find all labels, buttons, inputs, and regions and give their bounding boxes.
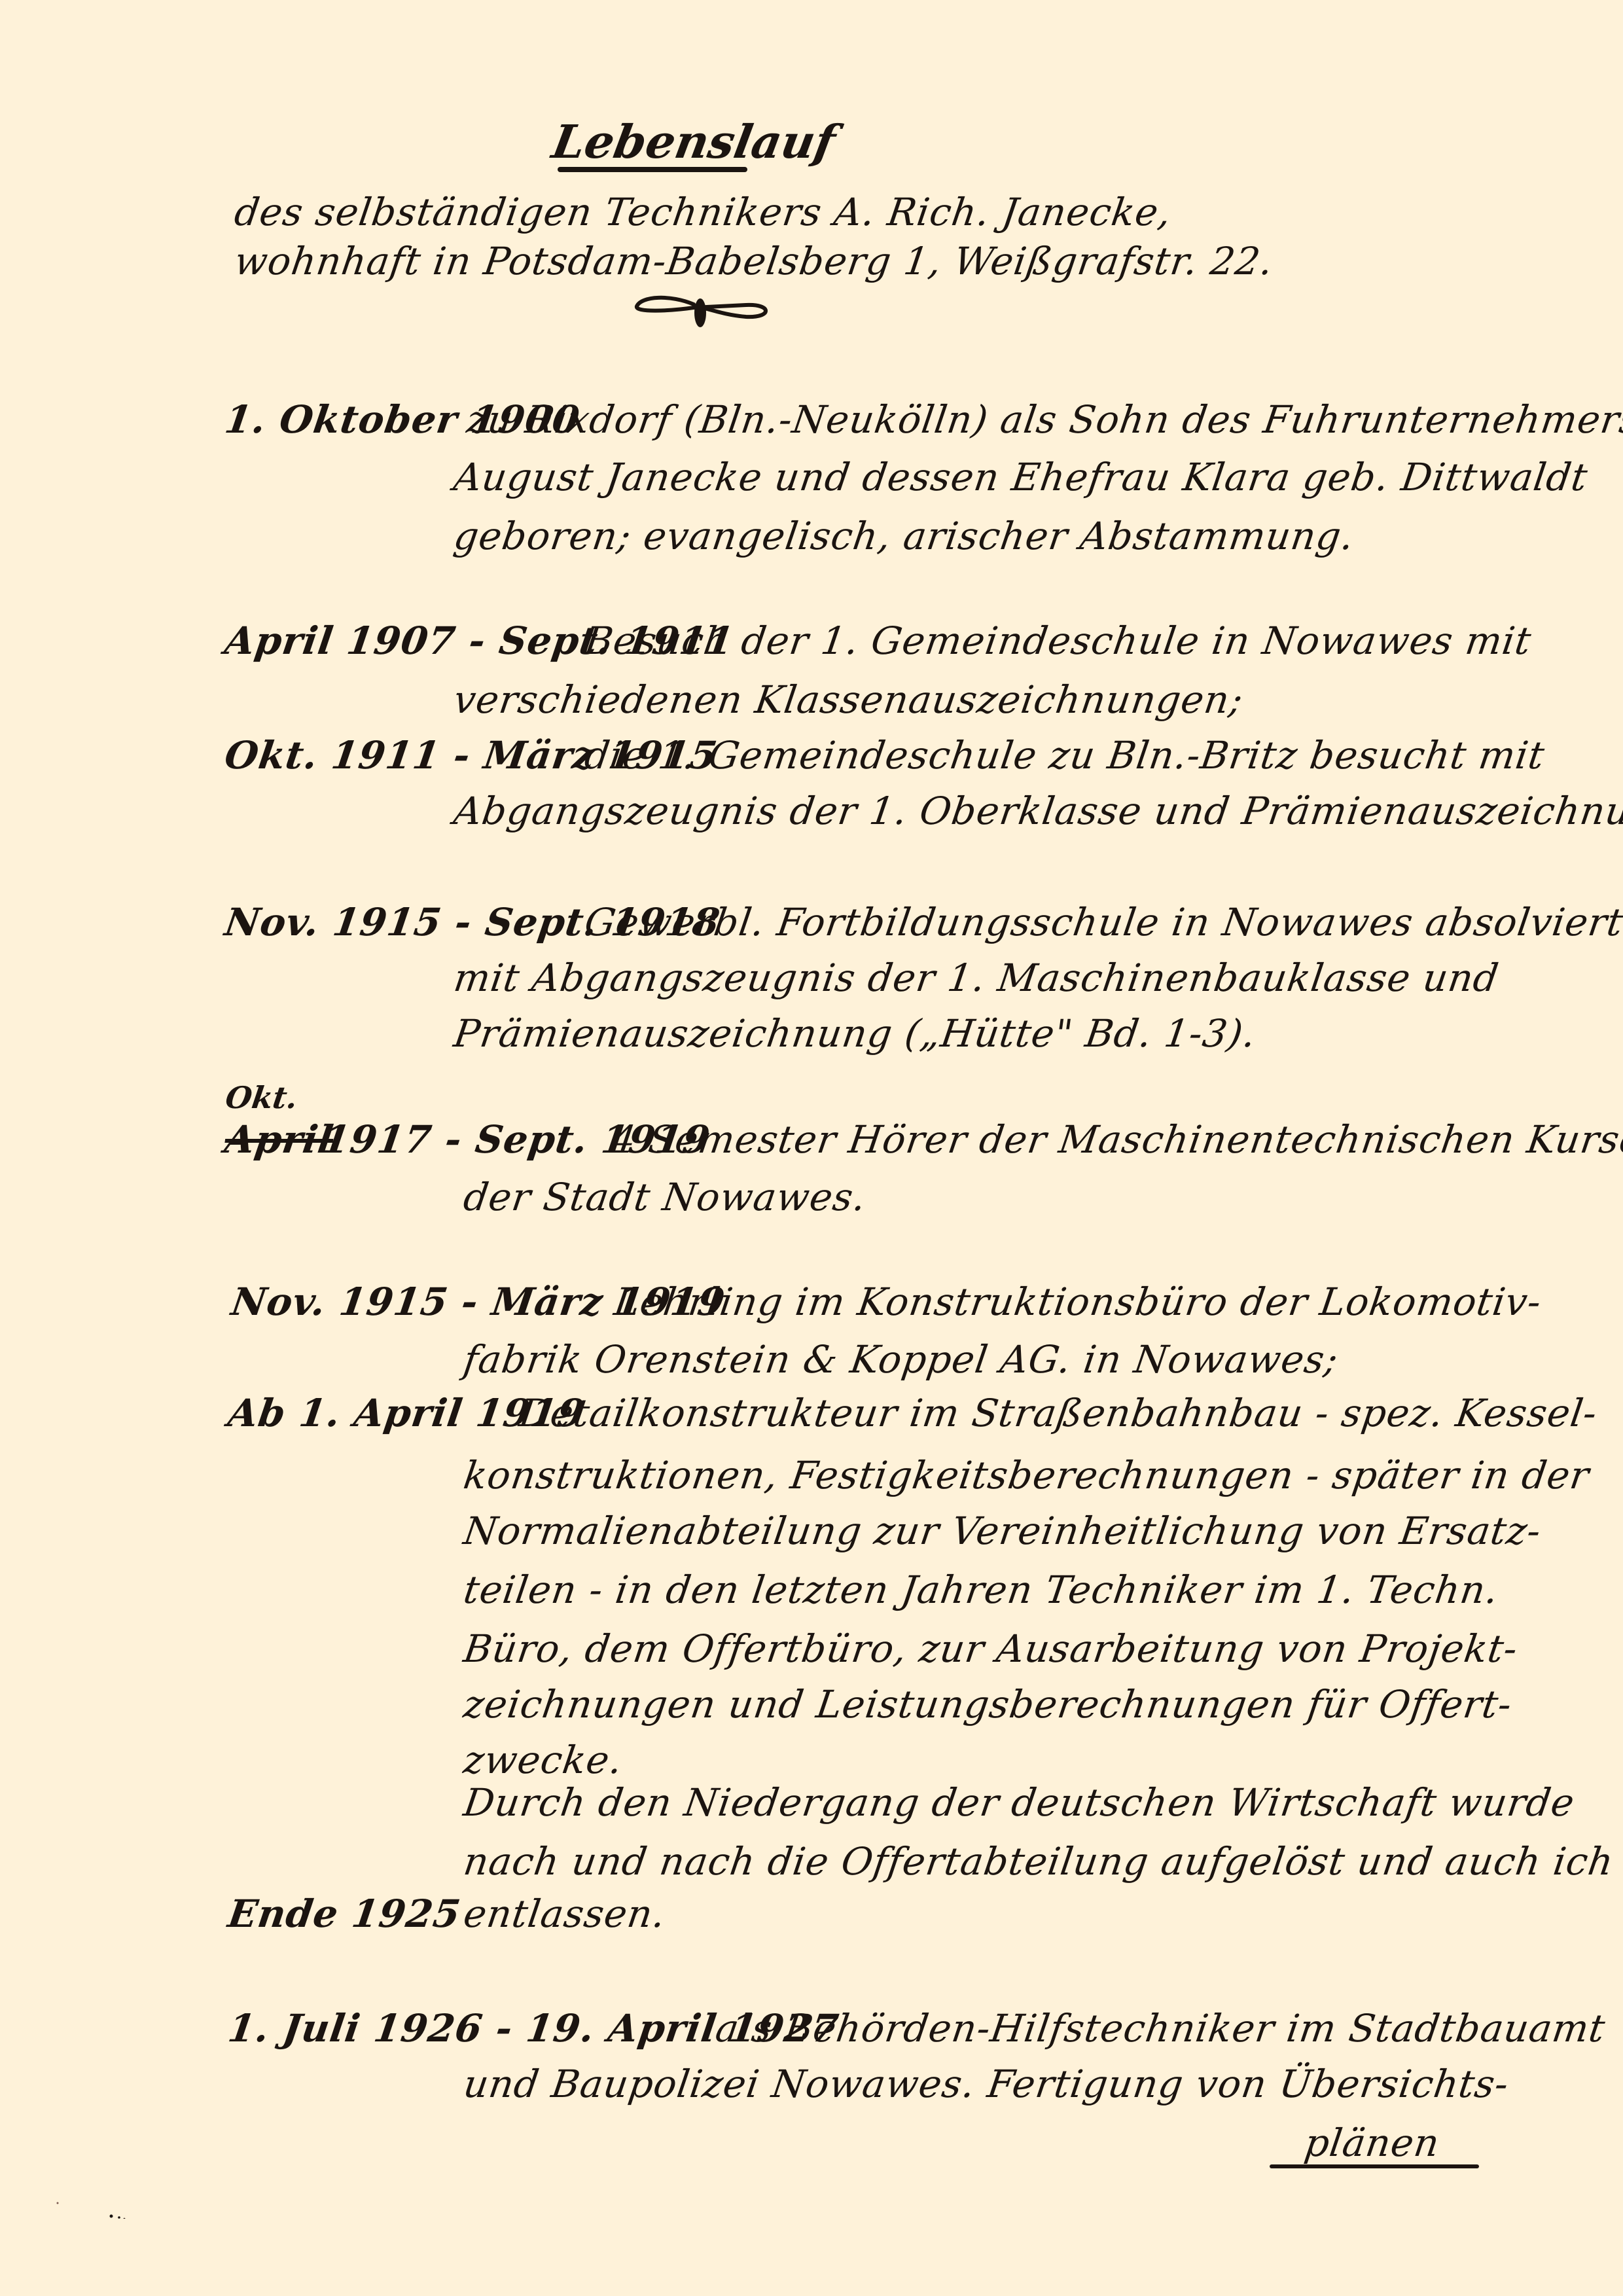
entry-8-line-1: entlassen. [461,1895,668,1933]
entry-7-line-4: teilen - in den letzten Jahren Techniker… [461,1571,1501,1609]
entry-7-line-2: konstruktionen, Festigkeitsberechnungen … [461,1456,1592,1494]
document-page: Lebenslauf des selbständigen Technikers … [0,0,1623,2296]
entry-1-line-1: zu Rixdorf (Bln.-Neukölln) als Sohn des … [465,401,1623,439]
entry-5-line-1: 4 Semester Hörer der Maschinentechnische… [609,1121,1623,1158]
entry-5-date-struck: April [223,1121,336,1158]
subtitle-line-1: des selbständigen Technikers A. Rich. Ja… [232,193,1174,231]
subtitle-line-2: wohnhaft in Potsdam-Babelsberg 1, Weißgr… [232,242,1275,280]
entry-4-line-3: Prämienauszeichnung („Hütte" Bd. 1-3). [452,1014,1258,1052]
entry-3-line-2: Abgangszeugnis der 1. Oberklasse und Prä… [452,792,1623,830]
document-title: Lebenslauf [548,115,840,169]
entry-7-line-3: Normalienabteilung zur Vereinheitlichung… [461,1512,1544,1550]
ink-specks [52,2199,131,2219]
entry-4-line-1: Gewerbl. Fortbildungsschule in Nowawes a… [582,903,1623,941]
entry-7-line-5: Büro, dem Offertbüro, zur Ausarbeitung v… [461,1630,1520,1668]
entry-3-line-1: die 1. Gemeindeschule zu Bln.-Britz besu… [582,736,1547,774]
entry-7-line-6: zeichnungen und Leistungsberechnungen fü… [461,1685,1514,1723]
entry-7-line-9: nach und nach die Offertabteilung aufgel… [461,1842,1616,1880]
entry-6-line-1: Lehrling im Konstruktionsbüro der Lokomo… [612,1283,1544,1321]
entry-7-line-7: zwecke. [461,1741,625,1779]
entry-5-line-2: der Stadt Nowawes. [461,1178,868,1216]
entry-5-date-correction: Okt. [223,1080,300,1115]
closing-underline [1270,2164,1479,2168]
entry-9-line-1: als Behörden-Hilfstechniker im Stadtbaua… [713,2009,1608,2047]
entry-1-line-3: geboren; evangelisch, arischer Abstammun… [452,517,1357,555]
entry-4-line-2: mit Abgangszeugnis der 1. Maschinenbaukl… [452,959,1501,997]
title-underline [558,167,747,172]
continuation-word: plänen [1302,2124,1442,2162]
entry-7-line-1: Detailkonstrukteur im Straßenbahnbau - s… [517,1394,1599,1432]
entry-6-line-2: fabrik Orenstein & Koppel AG. in Nowawes… [461,1340,1341,1378]
entry-7-line-8: Durch den Niedergang der deutschen Wirts… [461,1784,1577,1821]
entry-9-line-2: und Baupolizei Nowawes. Fertigung von Üb… [461,2065,1511,2103]
entry-8-date: Ende 1925 [226,1895,463,1933]
flourish-ornament-icon [632,288,776,334]
entry-2-line-1: Besuch der 1. Gemeindeschule in Nowawes … [582,622,1534,660]
entry-2-line-2: verschiedenen Klassenauszeichnungen; [452,681,1245,719]
entry-1-line-2: August Janecke und dessen Ehefrau Klara … [452,458,1590,496]
